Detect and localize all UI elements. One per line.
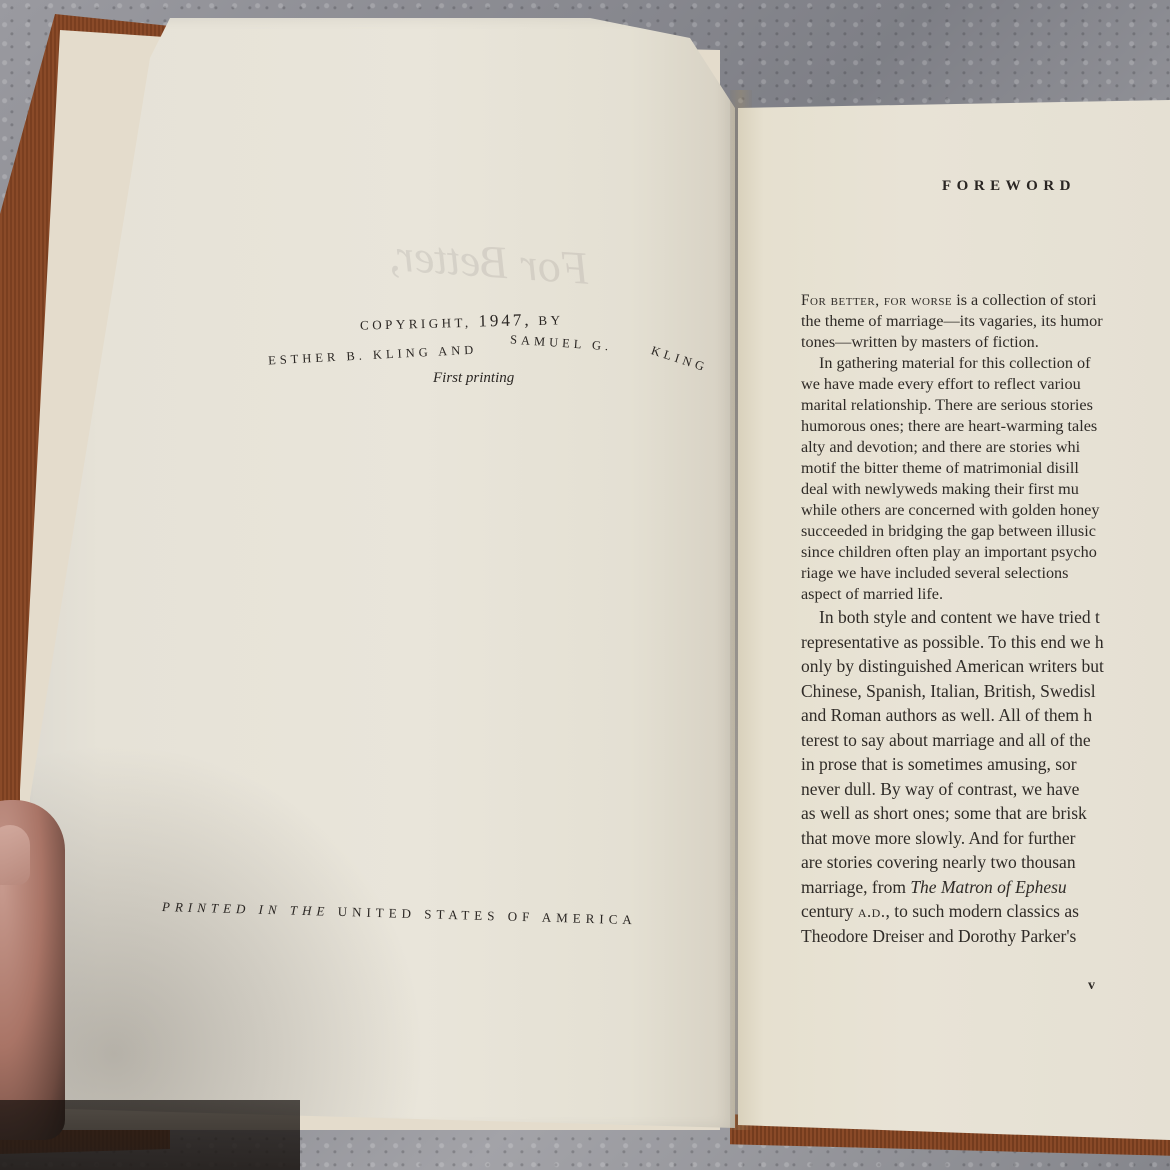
foreword-line: In both style and content we have tried … bbox=[801, 605, 1170, 630]
foreword-line: are stories covering nearly two thousan bbox=[801, 850, 1170, 875]
foreword-line: marriage, from The Matron of Ephesu bbox=[801, 875, 1170, 900]
foreword-line: For better, for worse is a collection of… bbox=[801, 290, 1170, 311]
foreword-line: Theodore Dreiser and Dorothy Parker's bbox=[801, 924, 1170, 949]
foreword-line: in prose that is sometimes amusing, sor bbox=[801, 752, 1170, 777]
foreword-line: century a.d., to such modern classics as bbox=[801, 899, 1170, 924]
foreword-line: alty and devotion; and there are stories… bbox=[801, 437, 1170, 458]
foreword-line: since children often play an important p… bbox=[801, 542, 1170, 563]
foreword-line: representative as possible. To this end … bbox=[801, 630, 1170, 655]
authors-part-1: ESTHER B. KLING AND bbox=[268, 343, 478, 369]
authors-part-3: KLING bbox=[649, 343, 710, 375]
foreword-line: as well as short ones; some that are bri… bbox=[801, 801, 1170, 826]
authors-part-2: SAMUEL G. bbox=[510, 332, 613, 354]
italic-title: The Matron of Ephesu bbox=[910, 877, 1066, 897]
copyright-suffix: BY bbox=[538, 312, 563, 328]
foreword-line: motif the bitter theme of matrimonial di… bbox=[801, 458, 1170, 479]
thumbnail bbox=[0, 825, 30, 885]
left-page[interactable] bbox=[30, 18, 735, 1128]
foreword-line: never dull. By way of contrast, we have bbox=[801, 777, 1170, 802]
small-caps-text: For better, for worse bbox=[801, 292, 952, 309]
foreword-line: we have made every effort to reflect var… bbox=[801, 374, 1170, 395]
foreword-body: For better, for worse is a collection of… bbox=[801, 290, 1170, 980]
shadow bbox=[0, 1100, 300, 1170]
foreword-line: and Roman authors as well. All of them h bbox=[801, 703, 1170, 728]
thumb bbox=[0, 800, 65, 1140]
foreword-heading: FOREWORD bbox=[942, 178, 1076, 195]
foreword-line: humorous ones; there are heart-warming t… bbox=[801, 416, 1170, 437]
foreword-line: aspect of married life. bbox=[801, 584, 1170, 605]
foreword-line: marital relationship. There are serious … bbox=[801, 395, 1170, 416]
foreword-line: succeeded in bridging the gap between il… bbox=[801, 521, 1170, 542]
foreword-line: the theme of marriage—its vagaries, its … bbox=[801, 311, 1170, 332]
printing-note: First printing bbox=[433, 370, 514, 387]
foreword-line: while others are concerned with golden h… bbox=[801, 500, 1170, 521]
foreword-line: deal with newlyweds making their first m… bbox=[801, 479, 1170, 500]
foreword-line: tones—written by masters of fiction. bbox=[801, 332, 1170, 353]
foreword-line: that move more slowly. And for further bbox=[801, 826, 1170, 851]
foreword-line: Chinese, Spanish, Italian, British, Swed… bbox=[801, 679, 1170, 704]
foreword-line: only by distinguished American writers b… bbox=[801, 654, 1170, 679]
small-caps-text: a.d. bbox=[858, 902, 886, 921]
page-number: v bbox=[1088, 978, 1095, 994]
foreword-line: terest to say about marriage and all of … bbox=[801, 728, 1170, 753]
copyright-year: 1947, bbox=[478, 310, 532, 330]
foreword-line: riage we have included several selection… bbox=[801, 563, 1170, 584]
foreword-line: In gathering material for this collectio… bbox=[801, 353, 1170, 374]
